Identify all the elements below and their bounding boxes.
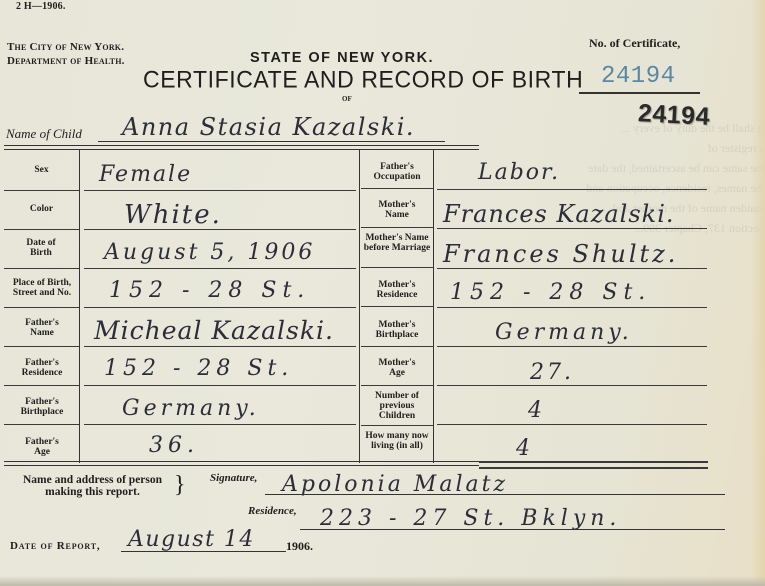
row-rule [361,385,433,386]
label-date-of-birth: Date of Birth [20,238,62,258]
residence-label: Residence, [248,505,297,517]
value-rule [437,189,707,190]
row-rule [361,306,433,307]
value-rule [84,385,356,386]
child-name-underline [98,141,445,142]
department-name: Department of Health. [7,54,125,68]
report-date-value: August 14 [128,527,255,552]
label-mother-birthplace: Mother's Birthplace [366,320,428,340]
value-mother-residence: 152 - 28 St. [450,280,651,305]
label-living-children: How many now living (in all) [364,431,430,451]
label-color: Color [4,204,79,214]
record-table: Sex Color Date of Birth Place of Birth, … [4,150,479,463]
child-name-label: Name of Child [6,126,82,142]
value-rule [84,268,356,269]
row-rule [4,424,79,425]
value-place-of-birth: 152 - 28 St. [109,278,310,303]
value-previous-children: 4 [528,398,544,423]
value-father-occupation: Labor. [478,160,560,185]
value-mother-age: 27. [530,360,574,385]
form-number: 2 H—1906. [16,1,66,12]
birth-certificate-document: It shall be the duty of every ...a regis… [0,0,765,586]
row-rule [361,425,433,426]
label-mother-age: Mother's Age [374,358,420,378]
label-mother-residence: Mother's Residence [366,280,428,300]
value-mother-maiden-name: Frances Shultz. [443,240,678,268]
paper-edge-right [751,0,765,586]
certificate-number-label: No. of Certificate, [589,36,680,51]
row-rule [361,227,433,228]
label-father-age: Father's Age [20,437,64,457]
row-rule [4,268,79,269]
row-rule [4,190,79,191]
value-father-birthplace: Germany. [122,396,260,421]
certificate-underline [579,92,700,94]
row-rule [4,229,79,230]
reporter-label: Name and address of person making this r… [10,474,175,498]
value-rule [84,424,356,425]
label-father-birthplace: Father's Birthplace [12,397,72,417]
state-heading: STATE OF NEW YORK. [250,50,434,66]
value-rule [437,385,707,386]
report-date-label: Date of Report, [10,540,100,552]
value-color: White. [124,200,222,230]
value-sex: Female [99,162,192,187]
signature-label: Signature, [210,472,257,484]
label-mother-maiden-name: Mother's Name before Marriage [361,233,433,253]
value-father-age: 36. [149,433,199,458]
label-mother-name: Mother's Name [374,200,420,220]
signature-value: Apolonia Malatz [282,472,508,497]
value-rule [437,307,707,308]
row-rule [4,385,79,386]
column-divider [79,150,80,463]
label-father-residence: Father's Residence [14,358,70,378]
label-place-of-birth: Place of Birth, Street and No. [6,278,78,298]
row-rule [4,346,79,347]
title-of: OF [342,95,352,103]
certificate-number-stamp-blue: 24194 [601,63,676,90]
column-divider [433,150,434,463]
row-rule [361,346,433,347]
label-sex: Sex [4,165,79,175]
value-rule [84,346,356,347]
value-mother-name: Frances Kazalski. [443,200,675,228]
row-rule [4,307,79,308]
label-father-name: Father's Name [20,318,64,338]
value-rule [84,190,356,191]
paper-edge-bottom [0,576,765,586]
table-bottom-rule [4,461,479,466]
report-date-year: 1906. [286,539,313,554]
issuing-authority: The City of New York. Department of Heal… [7,40,125,68]
table-bottom-rule-right [479,461,708,463]
brace-icon: } [174,472,186,499]
value-rule [437,424,707,425]
city-name: The City of New York. [7,40,125,54]
value-rule [437,228,707,229]
row-rule [361,188,433,189]
value-father-residence: 152 - 28 St. [104,356,293,381]
value-rule [437,346,707,347]
value-rule [84,307,356,308]
residence-value: 223 - 27 St. Bklyn. [320,506,621,531]
child-name-value: Anna Stasia Kazalski. [122,113,415,141]
value-date-of-birth: August 5, 1906 [104,240,315,265]
label-previous-children: Number of previous Children [364,391,430,421]
row-rule [361,267,433,268]
label-father-occupation: Father's Occupation [361,162,433,182]
value-living-children: 4 [516,436,532,461]
value-rule [437,268,707,269]
table-bottom-rule-right [479,467,708,469]
value-father-name: Micheal Kazalski. [94,316,334,345]
document-title: CERTIFICATE AND RECORD OF BIRTH [143,65,583,93]
value-mother-birthplace: Germany. [495,320,633,345]
certificate-number-stamp-black: 24194 [637,99,710,132]
